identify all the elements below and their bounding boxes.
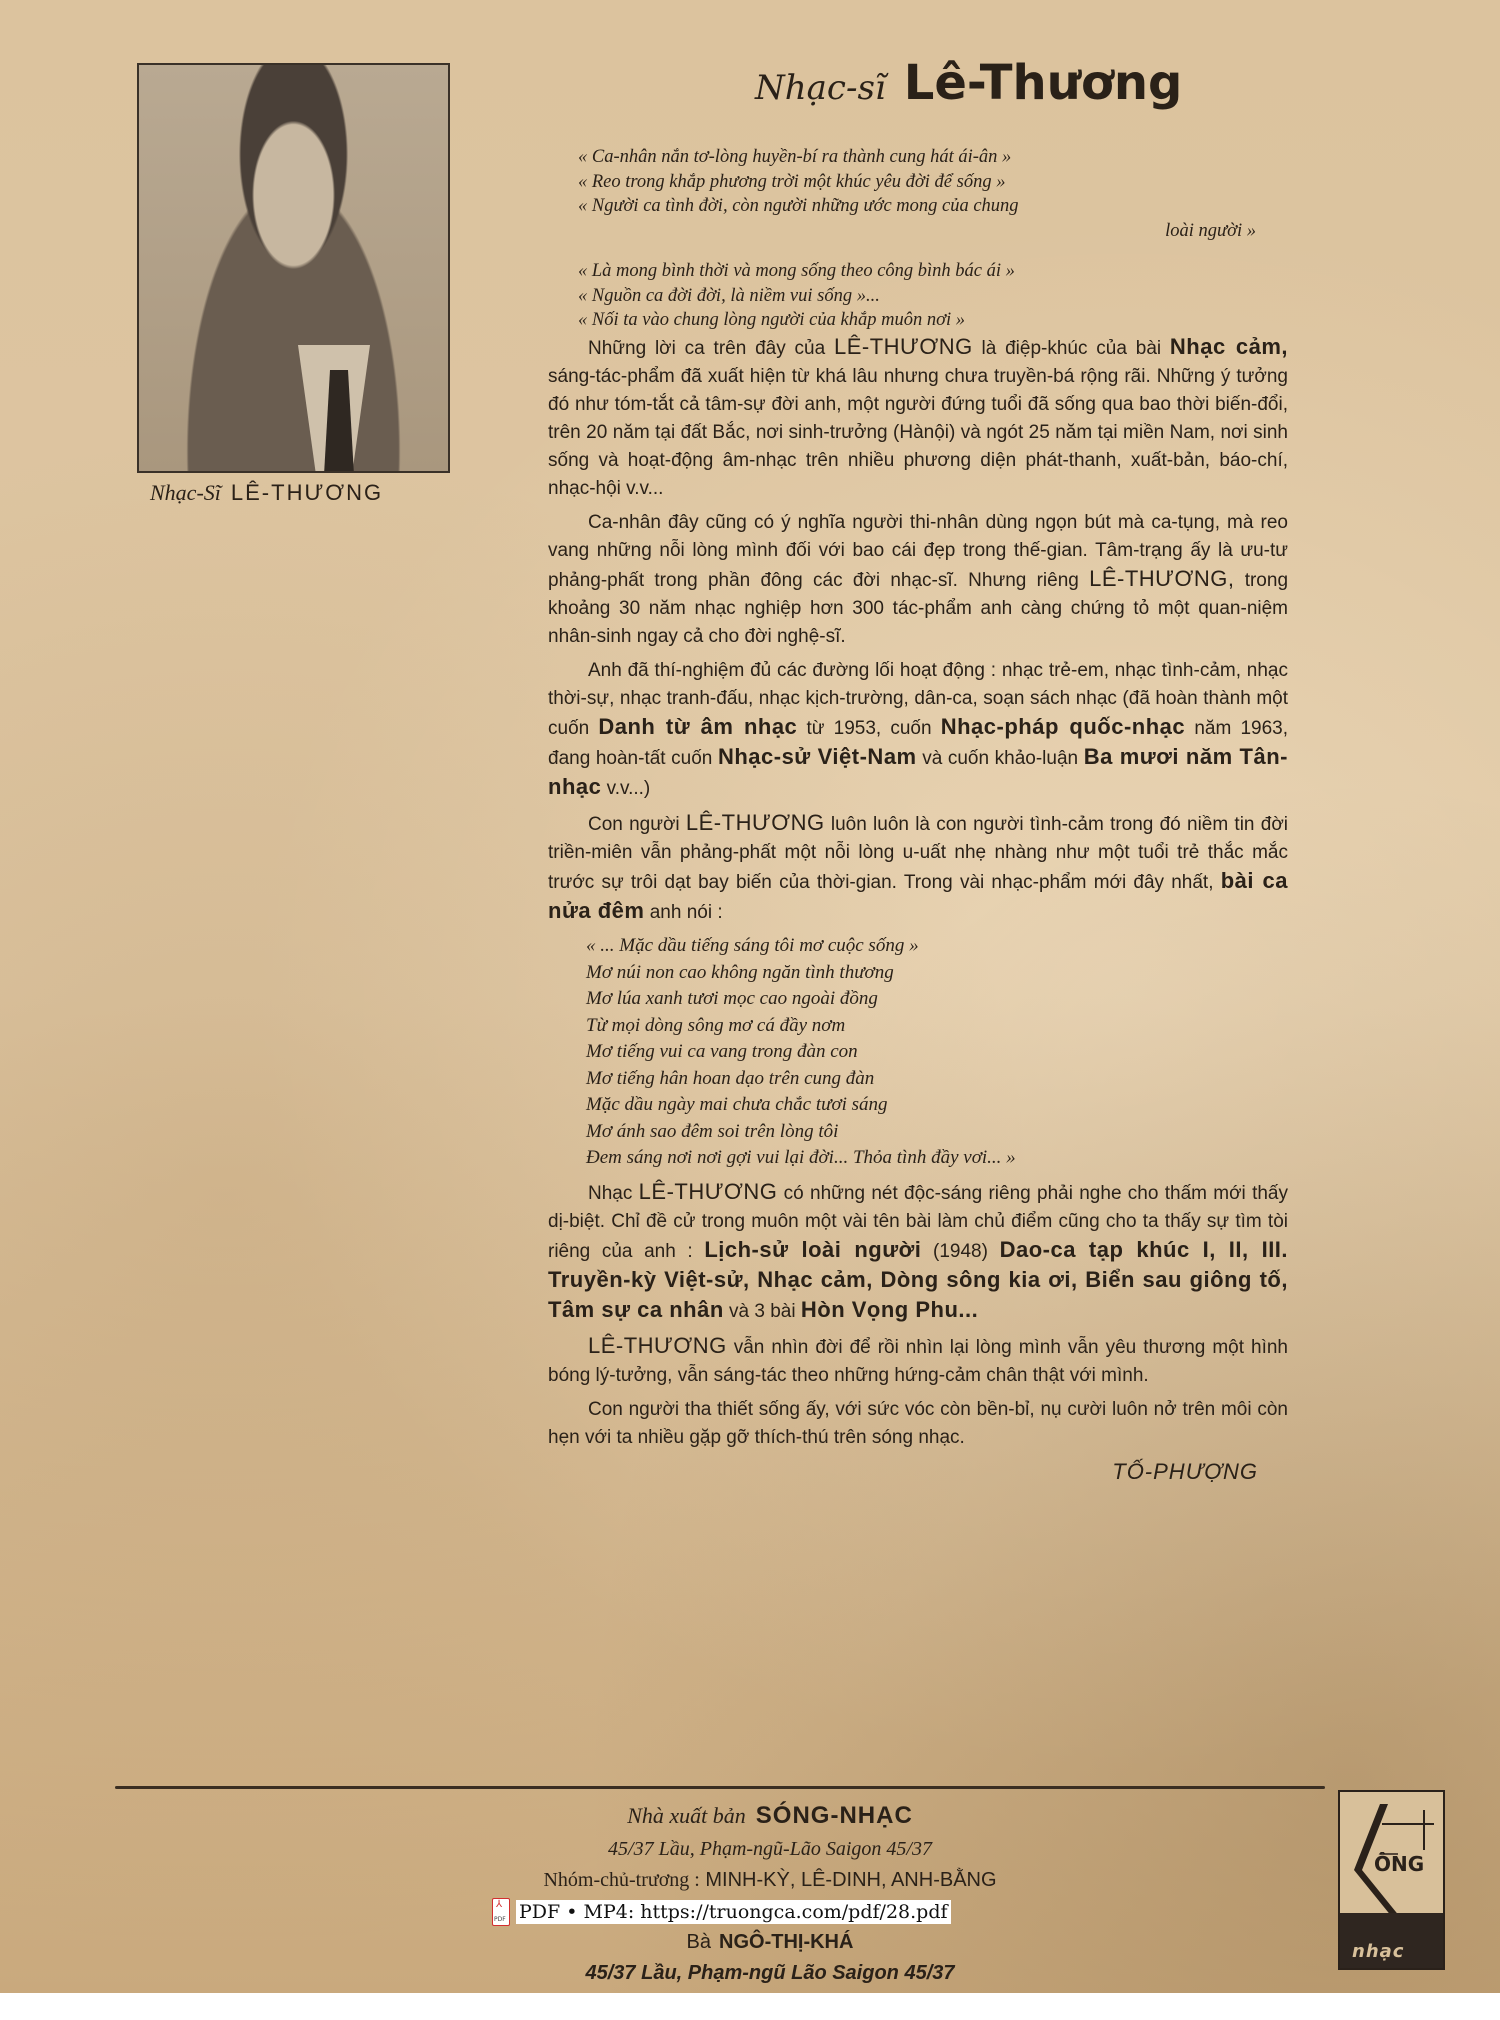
page-title: Nhạc-sĩLê-Thương	[755, 55, 1182, 111]
title-name: Lê-Thương	[904, 55, 1183, 111]
pdf-file-icon[interactable]	[492, 1898, 510, 1926]
lyric-line: Từ mọi dòng sông mơ cá đầy nơm	[586, 1013, 1288, 1040]
paragraph-4: Con người LÊ-THƯƠNG luôn luôn là con ngư…	[548, 809, 1288, 927]
lyric-line: « ... Mặc dầu tiếng sáng tôi mơ cuộc sốn…	[586, 933, 1288, 960]
footer-divider	[115, 1786, 1325, 1789]
epigraph-quotes: « Ca-nhân nắn tơ-lòng huyền-bí ra thành …	[578, 145, 1268, 333]
paragraph-5: Nhạc LÊ-THƯƠNG có những nét độc-sáng riê…	[548, 1178, 1288, 1326]
paragraph-6: LÊ-THƯƠNG vẫn nhìn đời để rồi nhìn lại l…	[548, 1332, 1288, 1390]
lyric-line: Mơ tiếng hân hoan dạo trên cung đàn	[586, 1066, 1288, 1093]
logo-top-text: ÔNG	[1374, 1852, 1424, 1876]
paragraph-2: Ca-nhân đây cũng có ý nghĩa người thi-nh…	[548, 509, 1288, 651]
quote-line: « Nguồn ca đời đời, là niềm vui sống »..…	[578, 284, 1268, 309]
quote-line: « Người ca tình đời, còn người những ước…	[578, 194, 1268, 219]
caption-name: LÊ-THƯƠNG	[231, 480, 383, 505]
owner-row: BàNGÔ-THỊ-KHÁ	[380, 1927, 1160, 1958]
lyric-line: Mơ núi non cao không ngăn tình thương	[586, 960, 1288, 987]
quote-line: « Ca-nhân nắn tơ-lòng huyền-bí ra thành …	[578, 145, 1268, 170]
song-lyrics: « ... Mặc dầu tiếng sáng tôi mơ cuộc sốn…	[586, 933, 1288, 1172]
title-prefix: Nhạc-sĩ	[755, 68, 886, 108]
logo-bottom-text: nhạc	[1352, 1941, 1404, 1962]
publisher-row: Nhà xuất bảnSÓNG-NHẠC	[380, 1800, 1160, 1834]
paragraph-1: Những lời ca trên đây của LÊ-THƯƠNG là đ…	[548, 333, 1288, 503]
publisher-address: 45/37 Lầu, Phạm-ngũ-Lão Saigon 45/37	[380, 1834, 1160, 1865]
caption-prefix: Nhạc-Sĩ	[150, 480, 221, 505]
paragraph-3: Anh đã thí-nghiệm đủ các đường lối hoạt …	[548, 657, 1288, 803]
article-body: Những lời ca trên đây của LÊ-THƯƠNG là đ…	[548, 333, 1288, 1486]
paragraph-7: Con người tha thiết sống ấy, với sức vóc…	[548, 1396, 1288, 1452]
owner-address: 45/37 Lầu, Phạm-ngũ Lão Saigon 45/37	[380, 1958, 1160, 1989]
publisher-info: Nhà xuất bảnSÓNG-NHẠC 45/37 Lầu, Phạm-ng…	[380, 1800, 1160, 1989]
quote-line: « Là mong bình thời và mong sống theo cô…	[578, 259, 1268, 284]
quote-line: « Nối ta vào chung lòng người của khắp m…	[578, 308, 1268, 333]
song-nhac-logo: ÔNG nhạc	[1338, 1790, 1445, 1970]
lyric-line: Mặc dầu ngày mai chưa chắc tươi sáng	[586, 1092, 1288, 1119]
editorial-group: Nhóm-chủ-trương : MINH-KỲ, LÊ-DINH, ANH-…	[380, 1865, 1160, 1896]
quote-line: « Reo trong khắp phương trời một khúc yê…	[578, 170, 1268, 195]
lyric-line: Mơ lúa xanh tươi mọc cao ngoài đồng	[586, 986, 1288, 1013]
lyric-line: Mơ tiếng vui ca vang trong đàn con	[586, 1039, 1288, 1066]
download-link[interactable]: PDF • MP4: https://truongca.com/pdf/28.p…	[516, 1900, 951, 1924]
download-link-overlay[interactable]: PDF • MP4: https://truongca.com/pdf/28.p…	[492, 1897, 951, 1927]
lyric-line: Mơ ánh sao đêm soi trên lòng tôi	[586, 1119, 1288, 1146]
lyric-line: Đem sáng nơi nơi gợi vui lại đời... Thỏa…	[586, 1145, 1288, 1172]
portrait-photo	[137, 63, 450, 473]
portrait-caption: Nhạc-SĩLÊ-THƯƠNG	[150, 480, 450, 506]
quote-line: loài người »	[578, 219, 1268, 244]
author-signature: TỐ-PHƯỢNG	[548, 1458, 1288, 1486]
